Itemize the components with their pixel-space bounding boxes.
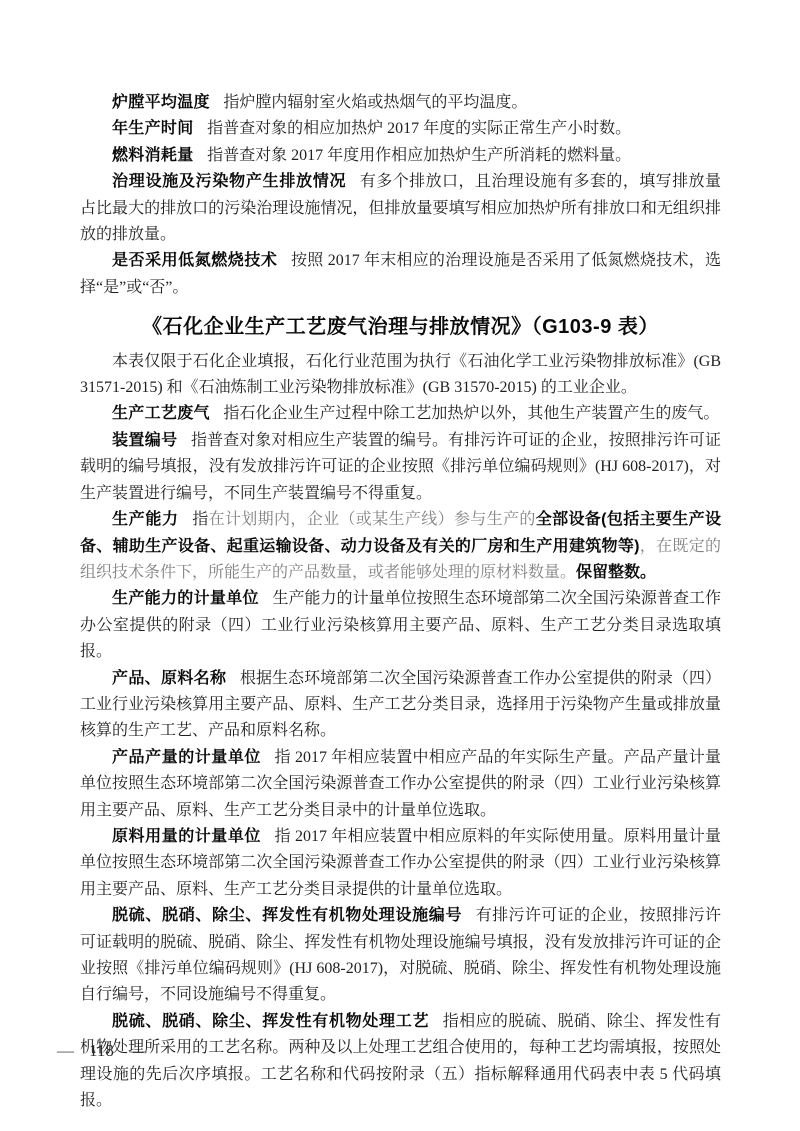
page-number: 118 [89, 1041, 114, 1061]
document-page: 炉膛平均温度指炉膛内辐射室火焰或热烟气的平均温度。 年生产时间指普查对象的相应加… [0, 0, 800, 1131]
section-title: 《石化企业生产工艺废气治理与排放情况》（G103-9 表） [80, 314, 721, 340]
definition-body: 指炉膛内辐射室火焰或热烟气的平均温度。 [223, 94, 527, 111]
definition-term: 是否采用低氮燃烧技术 [112, 252, 277, 269]
definition-paragraph-furnace-temperature: 炉膛平均温度指炉膛内辐射室火焰或热烟气的平均温度。 [80, 90, 721, 116]
definition-paragraph-treatment-process: 脱硫、脱硝、除尘、挥发性有机物处理工艺指相应的脱硫、脱硝、除尘、挥发性有机物处理… [80, 1009, 721, 1115]
definition-paragraph-low-nox-technology: 是否采用低氮燃烧技术按照 2017 年末相应的治理设施是否采用了低氮燃烧技术，选… [80, 248, 721, 301]
definition-term: 年生产时间 [112, 120, 194, 137]
definition-term: 产品产量的计量单位 [112, 749, 261, 766]
definition-paragraph-product-output-unit: 产品产量的计量单位指 2017 年相应装置中相应产品的年实际生产量。产品产量计量… [80, 745, 721, 824]
intro-text: 本表仅限于石化企业填报，石化行业范围为执行《石油化学工业污染物排放标准》(GB … [80, 353, 721, 396]
definition-term: 装置编号 [112, 432, 177, 449]
definition-paragraph-product-material-name: 产品、原料名称根据生态环境部第二次全国污染源普查工作办公室提供的附录（四）工业行… [80, 666, 721, 745]
capacity-run-gray-1: 在计划期内，企业（或某生产线）参与生产的 [209, 511, 536, 528]
definition-term: 原料用量的计量单位 [112, 828, 261, 845]
footer-dash-left: — [57, 1041, 73, 1061]
definition-term: 治理设施及污染物产生排放情况 [112, 173, 346, 190]
definition-paragraph-annual-production-time: 年生产时间指普查对象的相应加热炉 2017 年度的实际正常生产小时数。 [80, 116, 721, 142]
page-footer: — 118 — [57, 1041, 146, 1061]
page-content: 炉膛平均温度指炉膛内辐射室火焰或热烟气的平均温度。 年生产时间指普查对象的相应加… [80, 90, 721, 1114]
capacity-run-lead: 指 [192, 511, 208, 528]
definition-term: 生产能力 [112, 511, 179, 528]
capacity-run-bold-2: 保留整数。 [576, 564, 656, 581]
definition-body: 指普查对象 2017 年度用作相应加热炉生产所消耗的燃料量。 [207, 147, 631, 164]
definition-paragraph-treatment-facility-emissions: 治理设施及污染物产生排放情况有多个排放口，且治理设施有多套的，填写排放量占比最大… [80, 169, 721, 248]
definition-paragraph-device-number: 装置编号指普查对象对相应生产装置的编号。有排污许可证的企业，按照排污许可证载明的… [80, 428, 721, 507]
definition-paragraph-production-capacity: 生产能力指在计划期内，企业（或某生产线）参与生产的全部设备(包括主要生产设备、辅… [80, 507, 721, 586]
definition-paragraph-material-usage-unit: 原料用量的计量单位指 2017 年相应装置中相应原料的年实际使用量。原料用量计量… [80, 824, 721, 903]
definition-term: 燃料消耗量 [112, 147, 194, 164]
definition-term: 生产工艺废气 [112, 405, 210, 422]
definition-paragraph-process-waste-gas: 生产工艺废气指石化企业生产过程中除工艺加热炉以外，其他生产装置产生的废气。 [80, 401, 721, 427]
definition-paragraph-treatment-facility-number: 脱硫、脱硝、除尘、挥发性有机物处理设施编号有排污许可证的企业，按照排污许可证载明… [80, 903, 721, 1009]
footer-dash-right: — [130, 1041, 146, 1061]
definition-paragraph-capacity-unit: 生产能力的计量单位生产能力的计量单位按照生态环境部第二次全国污染源普查工作办公室… [80, 586, 721, 665]
definition-term: 脱硫、脱硝、除尘、挥发性有机物处理设施编号 [112, 907, 462, 924]
section-intro-paragraph: 本表仅限于石化企业填报，石化行业范围为执行《石油化学工业污染物排放标准》(GB … [80, 349, 721, 402]
definition-body: 指石化企业生产过程中除工艺加热炉以外，其他生产装置产生的废气。 [223, 405, 719, 422]
definition-paragraph-fuel-consumption: 燃料消耗量指普查对象 2017 年度用作相应加热炉生产所消耗的燃料量。 [80, 143, 721, 169]
definition-body: 指普查对象的相应加热炉 2017 年度的实际正常生产小时数。 [207, 120, 631, 137]
definition-term: 生产能力的计量单位 [112, 590, 259, 607]
definition-term: 脱硫、脱硝、除尘、挥发性有机物处理工艺 [112, 1013, 429, 1030]
definition-term: 炉膛平均温度 [112, 94, 210, 111]
definition-term: 产品、原料名称 [112, 670, 226, 687]
